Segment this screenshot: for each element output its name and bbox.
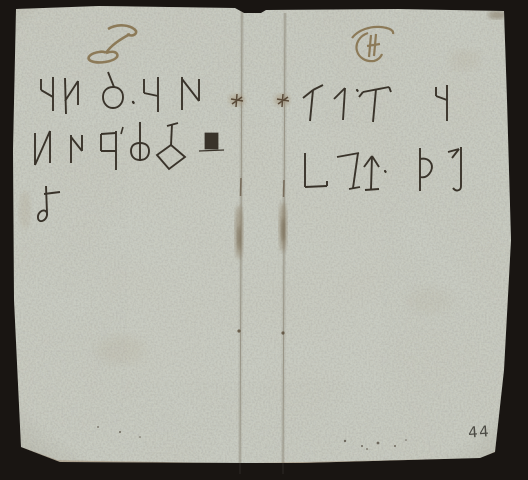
paper-vignette (0, 0, 528, 480)
word-dot-3 (385, 171, 386, 172)
page-number: 44 (468, 422, 491, 441)
word-dot-1 (133, 102, 134, 103)
ink-square (205, 133, 218, 149)
scan-root: 44 (0, 0, 528, 480)
manuscript-scan: 44 (0, 0, 528, 480)
word-dot-2 (357, 90, 358, 91)
